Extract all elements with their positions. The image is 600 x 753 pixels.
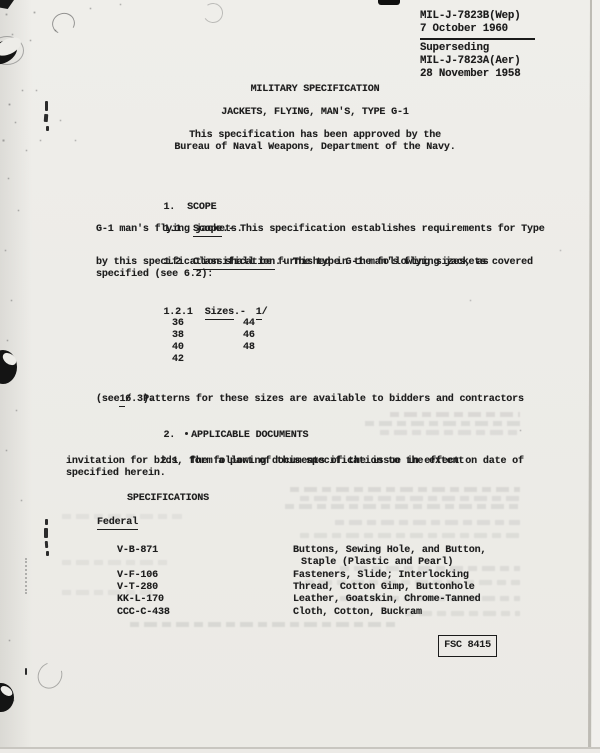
- bleedthrough-text: [285, 504, 520, 509]
- approval-statement-line2: Bureau of Naval Weapons, Department of t…: [30, 142, 600, 154]
- bleedthrough-text: [290, 487, 520, 492]
- footnote-line1: 1/Patterns for these sizes are available…: [96, 382, 524, 418]
- spec-subject-title: JACKETS, FLYING, MAN'S, TYPE G-1: [30, 107, 600, 119]
- binder-hole: [0, 683, 15, 713]
- spec-title: Thread, Cotton Gimp, Buttonhole: [293, 582, 475, 594]
- size-value: 40: [172, 342, 184, 354]
- size-value: 46: [243, 330, 255, 342]
- spec-code: V-F-106: [117, 570, 158, 582]
- scan-bottom-background: [0, 749, 600, 753]
- fsc-code-stamp: FSC 8415: [438, 635, 497, 657]
- spec-code: V-B-871: [117, 545, 158, 557]
- pen-dash-mark: [46, 551, 49, 556]
- superseded-date: 28 November 1958: [420, 68, 535, 81]
- size-value: 48: [243, 342, 255, 354]
- stray-ink-dot: [185, 432, 188, 435]
- section-2-title: APPLICABLE DOCUMENTS: [191, 430, 308, 441]
- spec-kind-title: MILITARY SPECIFICATION: [30, 84, 600, 96]
- pen-dash-mark: [45, 541, 48, 548]
- document-date: 7 October 1960: [420, 23, 535, 36]
- para-1-2-1-number: 1.2.1: [163, 307, 192, 318]
- section-2-number: 2.: [163, 430, 175, 441]
- approval-statement-line1: This specification has been approved by …: [30, 130, 600, 142]
- document-number: MIL-J-7823B(Wep): [420, 10, 535, 23]
- spec-title: Cloth, Cotton, Buckram: [293, 607, 422, 619]
- staple-ring-mark: [201, 1, 224, 24]
- bleedthrough-text: [335, 520, 520, 525]
- document-id-block: MIL-J-7823B(Wep) 7 October 1960 Supersed…: [420, 10, 535, 81]
- pen-dash-mark: [45, 519, 48, 525]
- binder-hole: [0, 36, 25, 66]
- spec-code: CCC-C-438: [117, 607, 170, 619]
- pen-dash-mark: [25, 668, 27, 675]
- faint-dotted-line: [25, 558, 27, 594]
- bleedthrough-text: [130, 622, 400, 627]
- pen-dash-mark: [44, 528, 48, 538]
- staple-ring-mark: [33, 658, 67, 693]
- spec-title: Leather, Goatskin, Chrome-Tanned: [293, 594, 480, 606]
- para-1-2-1-label: Sizes: [205, 307, 234, 320]
- top-edge-ink-mark: [378, 0, 400, 5]
- size-value: 44: [243, 318, 255, 330]
- size-value: 36: [172, 318, 184, 330]
- para-2-1-line3: specified herein.: [66, 468, 166, 480]
- binder-hole: [0, 350, 18, 385]
- specifications-heading: SPECIFICATIONS: [127, 493, 209, 505]
- bleedthrough-text: [300, 496, 520, 501]
- size-value: 42: [172, 354, 184, 366]
- para-2-1-line2: invitation for bids, form a part of this…: [66, 456, 464, 468]
- para-1-1-line2: G-1 man's flying jackets.: [96, 224, 242, 236]
- spec-code: KK-L-170: [117, 594, 164, 606]
- staple-ring-mark: [49, 10, 77, 37]
- para-1-2-line2: by this specification shall be furnished…: [96, 257, 488, 269]
- superseding-rule: [420, 38, 535, 40]
- bleedthrough-text: [380, 430, 520, 435]
- superseded-number: MIL-J-7823A(Aer): [420, 55, 535, 68]
- federal-heading: Federal: [97, 517, 138, 529]
- spec-code: V-T-280: [117, 582, 158, 594]
- bleedthrough-text: [62, 560, 167, 565]
- footnote-line2: (see 6.3).: [96, 394, 155, 406]
- spec-title-continuation: Staple (Plastic and Pearl): [301, 557, 453, 569]
- para-1-2-line3: specified (see 6.2):: [96, 269, 213, 281]
- bleedthrough-text: [405, 611, 520, 616]
- bleedthrough-text: [365, 421, 520, 426]
- size-value: 38: [172, 330, 184, 342]
- superseding-label: Superseding: [420, 42, 535, 55]
- spec-title: Fasteners, Slide; Interlocking: [293, 570, 469, 582]
- scanned-specification-page: MIL-J-7823B(Wep) 7 October 1960 Supersed…: [0, 0, 600, 753]
- bleedthrough-text: [300, 533, 520, 538]
- spec-title: Buttons, Sewing Hole, and Button,: [293, 545, 486, 557]
